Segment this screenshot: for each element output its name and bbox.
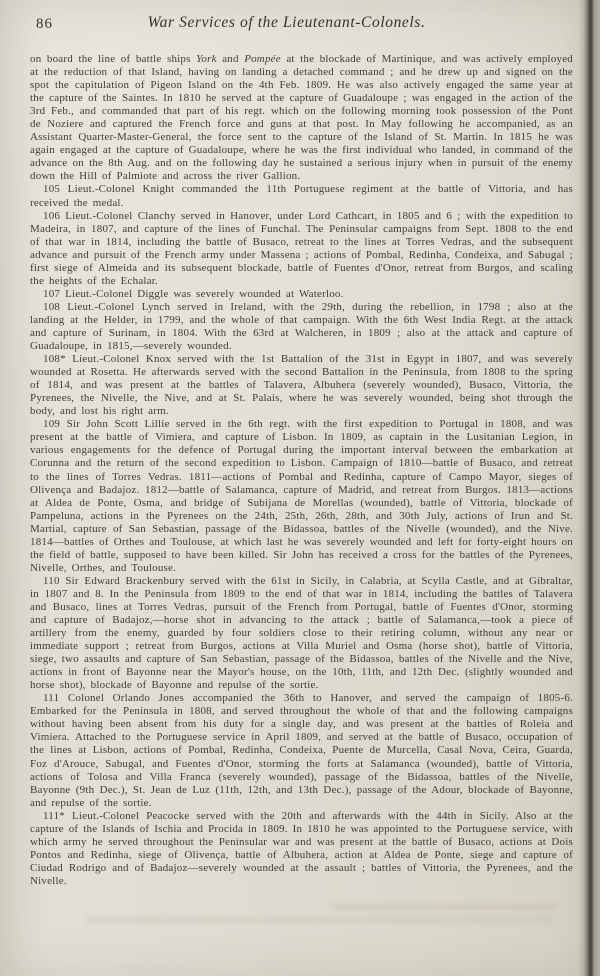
paragraph-text: on board the line of battle ships [30,53,196,65]
ship-name-york: York [196,53,217,65]
book-page: 86 War Services of the Lieutenant-Colone… [0,0,600,976]
service-entry-106: 106Lieut.-Colonel Clanchy served in Hano… [30,210,573,288]
page-edge-shadow [578,0,600,976]
service-entry-111: 111Colonel Orlando Jones accompanied the… [30,692,573,809]
entry-text: Lieut.-Colonel Knox served with the 1st … [30,353,573,417]
service-entry-108star: 108*Lieut.-Colonel Knox served with the … [30,353,573,418]
continued-paragraph: on board the line of battle ships York a… [30,53,573,183]
entry-number: 111* [43,810,72,822]
showthrough-ghost-text [86,916,554,924]
service-entry-108: 108Lieut.-Colonel Lynch served in Irelan… [30,301,573,353]
entry-text: Lieut.-Colonel Peacocke served with the … [30,810,573,887]
showthrough-ghost-text [330,903,558,910]
entry-text: Colonel Orlando Jones accompanied the 36… [30,692,573,808]
entry-number: 111 [43,692,68,704]
entry-number: 110 [43,575,65,587]
entry-number: 106 [43,210,65,222]
paragraph-text: and [217,53,245,65]
ship-name-pompee: Pompée [244,53,281,65]
paragraph-text: at the blockade of Martinique, and was a… [30,53,573,182]
service-entry-109: 109Sir John Scott Lillie served in the 6… [30,418,573,575]
page-header: 86 War Services of the Lieutenant-Colone… [30,14,573,40]
service-entry-110: 110Sir Edward Brackenbury served with th… [30,575,573,692]
running-title: War Services of the Lieutenant-Colonels. [30,14,543,32]
service-entry-111star: 111*Lieut.-Colonel Peacocke served with … [30,810,573,888]
entry-number: 108* [43,353,72,365]
entry-text: Lieut.-Colonel Diggle was severely wound… [65,288,344,300]
entry-text: Lieut.-Colonel Lynch served in Ireland, … [30,301,573,352]
service-entry-105: 105Lieut.-Colonel Knight commanded the 1… [30,183,573,209]
entry-number: 105 [43,183,68,195]
body-text: on board the line of battle ships York a… [30,53,573,888]
entry-number: 108 [43,301,67,313]
service-entry-107: 107Lieut.-Colonel Diggle was severely wo… [30,288,573,301]
entry-text: Lieut.-Colonel Clanchy served in Hanover… [30,210,573,287]
entry-text: Sir Edward Brackenbury served with the 6… [30,575,573,691]
entry-number: 107 [43,288,65,300]
entry-number: 109 [43,418,67,430]
entry-text: Lieut.-Colonel Knight commanded the 11th… [30,183,573,208]
entry-text: Sir John Scott Lillie served in the 6th … [30,418,573,574]
